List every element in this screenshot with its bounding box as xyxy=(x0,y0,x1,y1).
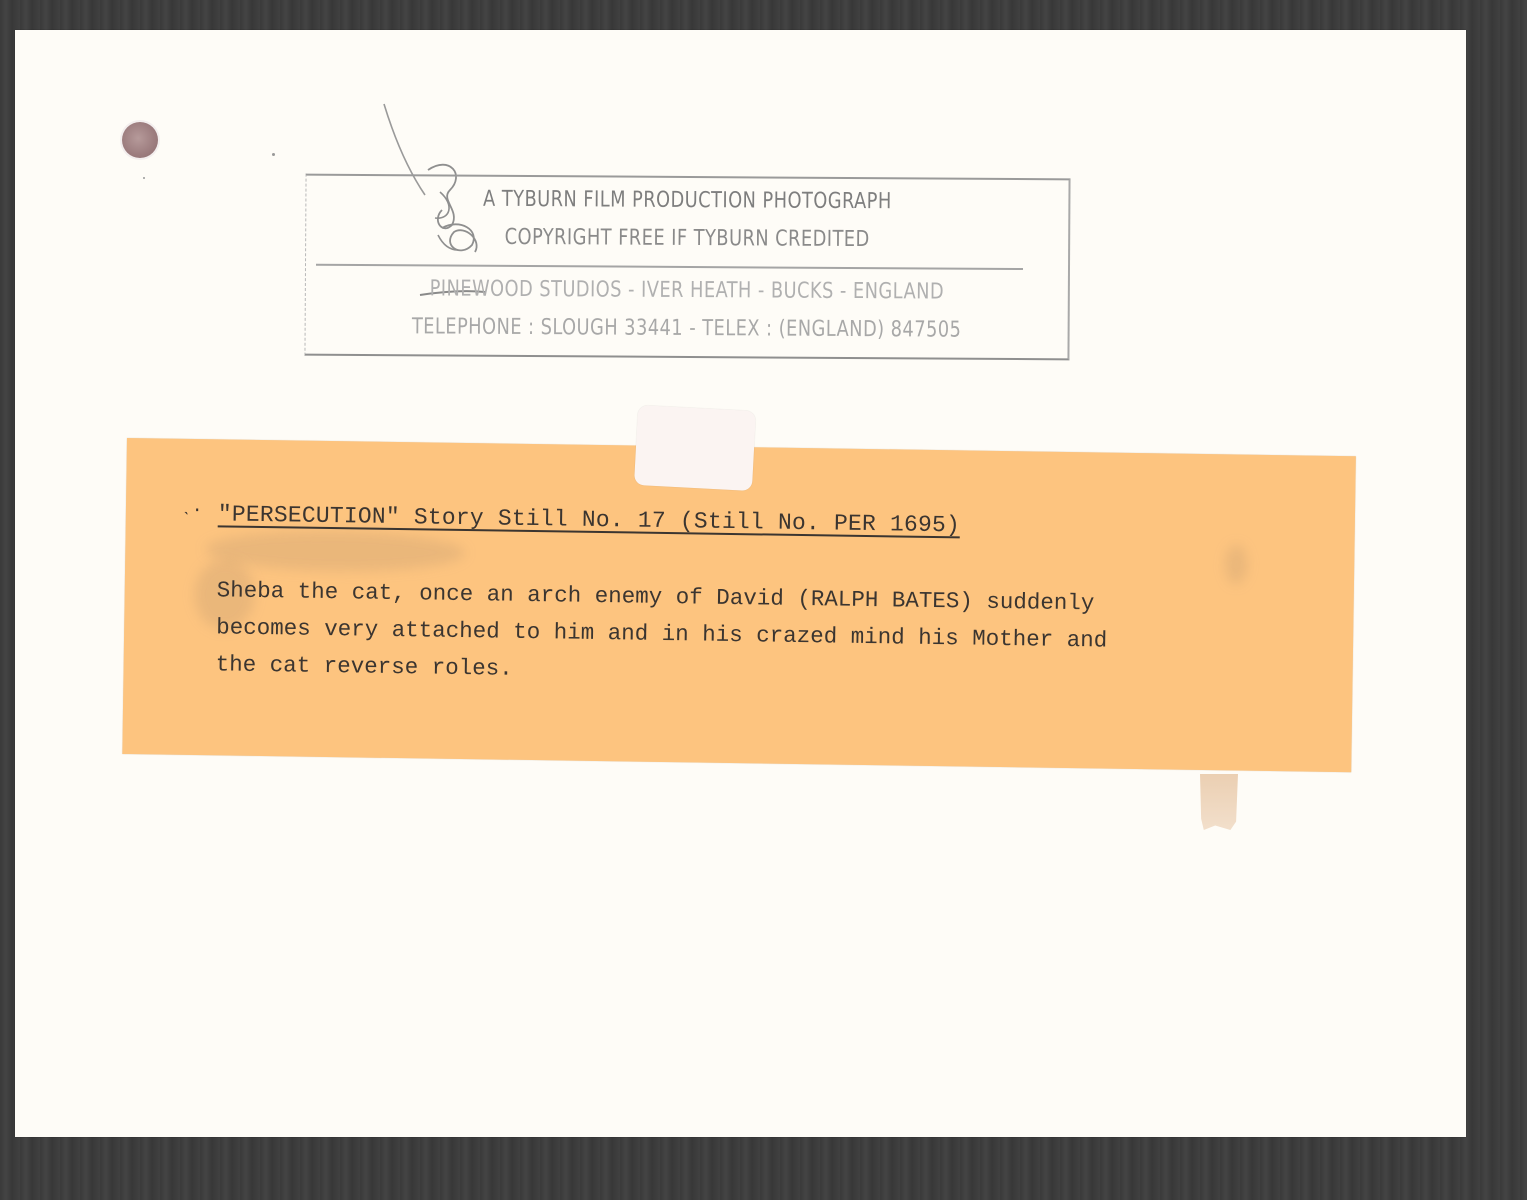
tape-residue xyxy=(1200,774,1238,830)
paper-speck xyxy=(143,177,145,179)
stamp-title: A TYBURN FILM PRODUCTION PHOTOGRAPH xyxy=(344,186,1030,215)
punch-hole xyxy=(122,122,158,158)
stamp-telephone: TELEPHONE : SLOUGH 33441 - TELEX : (ENGL… xyxy=(344,314,1030,343)
stamp-address: PINEWOOD STUDIOS - IVER HEATH - BUCKS - … xyxy=(344,276,1030,305)
caption-body: Sheba the cat, once an arch enemy of Dav… xyxy=(215,572,1108,696)
paper-speck xyxy=(272,153,275,156)
stamp-copyright: COPYRIGHT FREE IF TYBURN CREDITED xyxy=(344,224,1030,253)
ink-smudge xyxy=(205,529,466,573)
white-sticker xyxy=(634,405,756,491)
typed-tick-mark: ˎ. xyxy=(181,497,203,517)
ink-smudge xyxy=(1225,544,1248,584)
studio-stamp: A TYBURN FILM PRODUCTION PHOTOGRAPH COPY… xyxy=(304,174,1070,361)
stamp-divider xyxy=(316,264,1023,270)
